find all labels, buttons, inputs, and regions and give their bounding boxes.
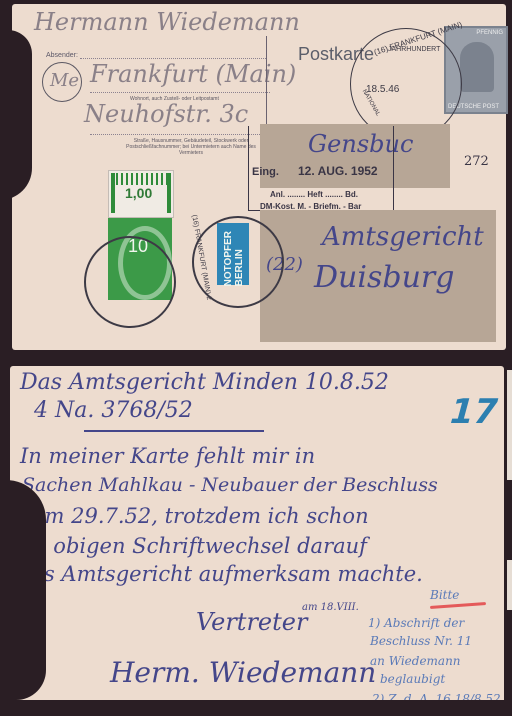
sender-line-3 [90,134,270,135]
sender-line-2 [90,92,270,93]
postcard-front: Hermann Wiedemann Absender: Me Frankfurt… [12,4,506,350]
sender-circle-text: Me [50,70,79,91]
adjacent-card-edge-2 [507,560,512,610]
postmark-date: 18.5.46 [366,84,399,95]
message-line-4: Sachen Mahlkau - Neubauer der Beschluss [22,474,438,496]
bottom-background [0,700,512,716]
torn-edge-front [0,30,32,200]
margin-counter: 1,00 [125,185,152,201]
stamp-sheet-margin: 1,00 [108,170,174,218]
addressee-line-1: Amtsgericht [322,222,484,252]
message-line-1: Das Amtsgericht Minden 10.8.52 [20,370,389,395]
addressee-line-2: Duisburg [314,260,454,295]
message-line-2: 4 Na. 3768/52 [34,398,193,423]
message-line-3: In meiner Karte fehlt mir in [20,444,315,468]
margin-bar-right [167,173,171,213]
closing: Vertreter [196,608,307,636]
sender-line-1 [80,58,266,59]
worker-figure-icon [460,42,494,92]
adjacent-card-edge-1 [507,370,512,480]
reference-number: 272 [464,154,489,169]
note-small: am 18.VIII. [302,602,359,613]
message-line-5: vom 29.7.52, trotzdem ich schon [20,504,369,528]
receipt-row-2: Anl. ........ Heft ........ Bd. [270,190,358,199]
sender-street: Neuhofstr. 3c [84,100,248,128]
torn-edge-back [0,480,46,700]
blue-crayon-mark: 17 [445,392,503,432]
postmark-stamp-cancel-1 [84,236,176,328]
margin-bars [111,173,169,185]
message-line-6: im obigen Schriftwechsel darauf [20,534,367,558]
underline [84,430,264,432]
indicium-value: PFENNIG [476,30,503,36]
postmark-subtext: JAHRHUNDERT [388,46,440,53]
sender-label: Absender: [46,52,78,59]
right-note-3: Beschluss Nr. 11 [370,634,472,648]
red-crayon-line [430,602,486,609]
message-line-7: das Amtsgericht aufmerksam machte. [18,562,423,586]
sender-name: Hermann Wiedemann [34,8,300,36]
signature: Herm. Wiedemann [110,656,376,689]
postcard-back: Das Amtsgericht Minden 10.8.52 4 Na. 376… [10,366,504,712]
receipt-date: 12. AUG. 1952 [298,164,378,178]
right-note-2: 1) Abschrift der [368,616,464,630]
right-note-5: beglaubigt [380,672,445,686]
street-label: Straße, Hausnummer, Gebäudeteil, Stockwe… [116,138,266,156]
receipt-label: Eing. [252,166,279,178]
margin-bar-left [111,173,115,213]
right-note-1: Bitte [430,588,459,602]
right-note-4: an Wiedemann [370,654,461,668]
